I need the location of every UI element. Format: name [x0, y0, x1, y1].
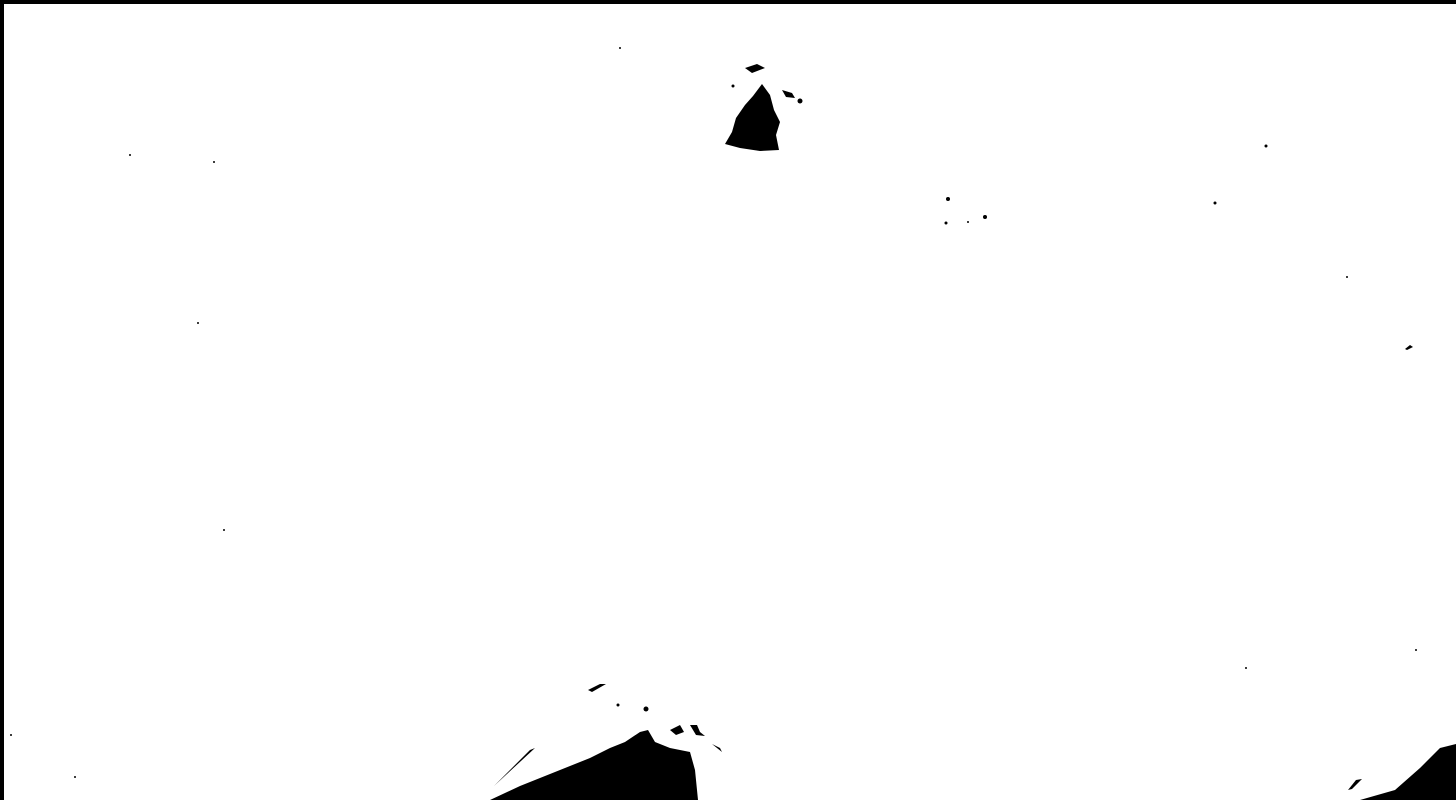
scattered-specks: [10, 47, 1417, 778]
foreground-ridge: [490, 684, 722, 800]
left-border: [0, 0, 4, 800]
right-corner-slope: [1348, 744, 1456, 800]
distant-peak: [725, 64, 803, 151]
top-border: [0, 0, 1456, 4]
photo-frame: [0, 0, 1456, 800]
landscape-image: [0, 0, 1456, 800]
